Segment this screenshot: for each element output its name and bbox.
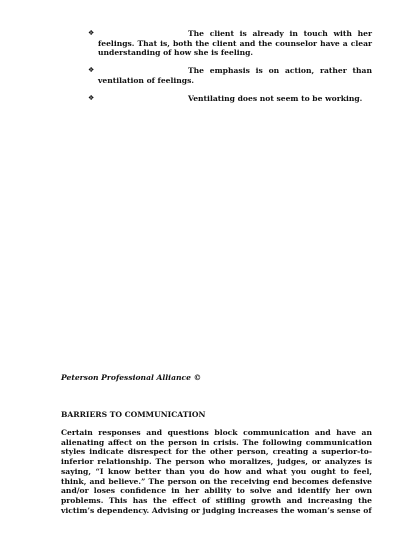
diamond-bullet-icon: ❖ — [88, 29, 94, 39]
diamond-bullet-icon: ❖ — [88, 66, 94, 76]
diamond-bullet-icon: ❖ — [88, 94, 94, 104]
bullet-text-3: Ventilating does not seem to be working. — [188, 94, 362, 103]
section-heading: BARRIERS TO COMMUNICATION — [61, 410, 206, 419]
bullet-text-1: The client is already in touch with her … — [98, 29, 372, 57]
copyright-footer: Peterson Professional Alliance © — [61, 373, 201, 382]
body-paragraph: Certain responses and questions block co… — [61, 428, 372, 515]
bullet-text-2: The emphasis is on action, rather than v… — [98, 66, 372, 85]
bullet-item-3: ❖ Ventilating does not seem to be workin… — [88, 94, 372, 104]
bullet-item-2: ❖ The emphasis is on action, rather than… — [88, 66, 372, 85]
bullet-item-1: ❖ The client is already in touch with he… — [88, 29, 372, 58]
